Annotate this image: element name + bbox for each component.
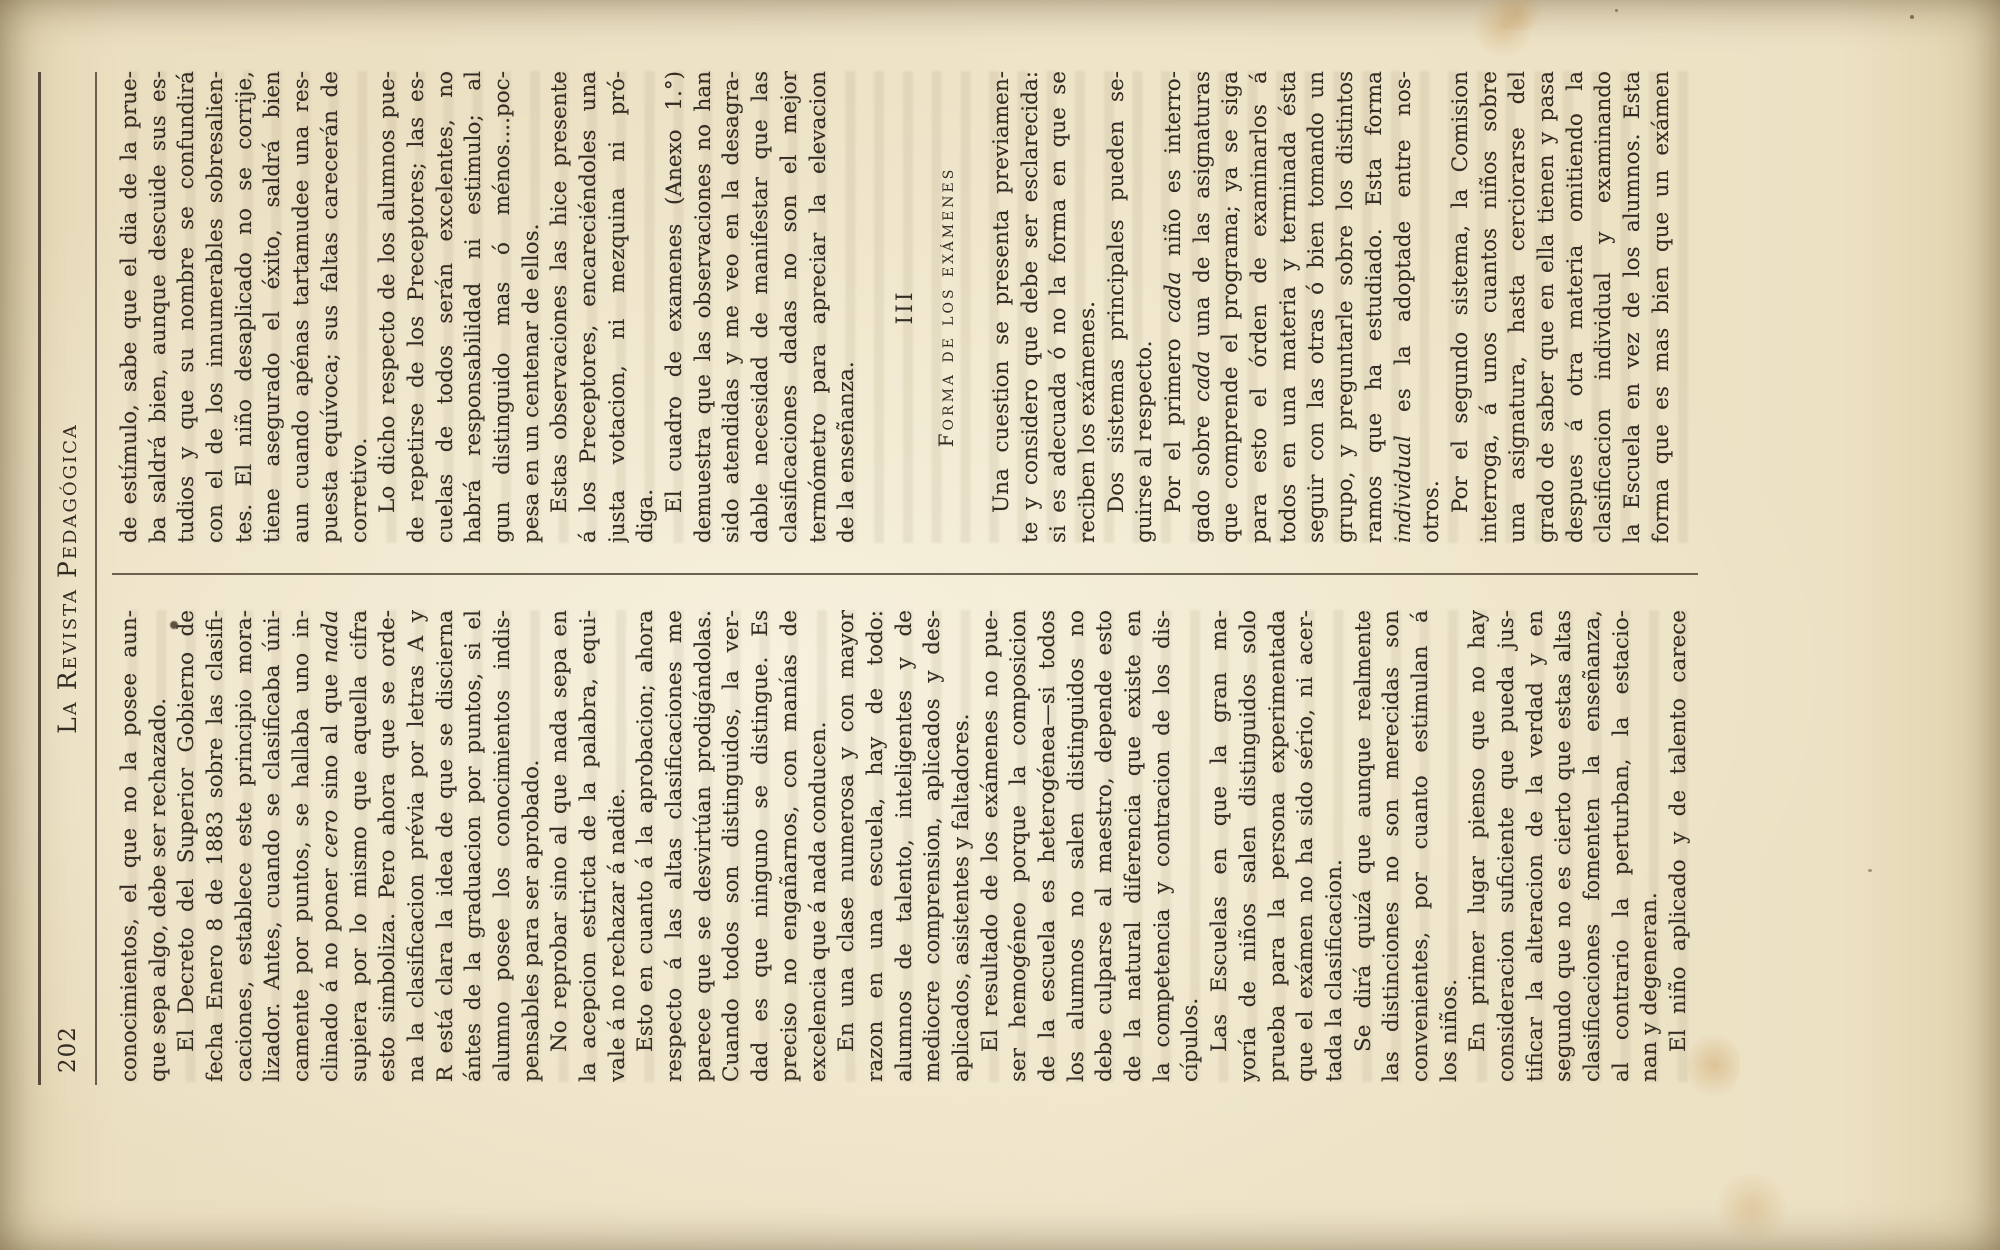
text-line: El Decreto del Superior Gobierno de [173, 610, 202, 1082]
column-divider-rule [112, 573, 1698, 575]
foxing-stain [1688, 1028, 1740, 1102]
text-line: tudios y que su nombre se confundirá [173, 71, 202, 543]
text-line: consideracion suficiente que pueda jus- [1493, 610, 1522, 1082]
text-line: esto simboliza. Pero ahora que se orde- [374, 610, 403, 1082]
text-line: á los Preceptores, encareciéndoles una [575, 71, 604, 543]
journal-title: La Revista Pedagógica [53, 423, 82, 734]
text-line: diga. [632, 71, 661, 543]
text-line: alumno posee los conocimientos indis- [489, 610, 518, 1082]
text-line: termómetro para apreciar la elevacion [805, 71, 834, 543]
text-line: tiene asegurado el éxito, saldrá bien [259, 71, 288, 543]
text-line: Por el primero cada niño es interro- [1160, 71, 1189, 543]
text-line: En una clase numerosa y con mayor [833, 610, 862, 1082]
left-column: conocimientos, el que no la posee aun-qu… [116, 610, 1694, 1082]
text-line: razon en una escuela, hay de todo: [862, 610, 891, 1082]
text-line: ba saldrá bien, aunque descuide sus es- [145, 71, 174, 543]
text-line: gun distinguido mas ó ménos....poc- [489, 71, 518, 543]
text-line: demuestra que las observaciones no han [690, 71, 719, 543]
foxing-stain [1712, 1174, 1792, 1242]
text-line: excelencia que á nada conducen. [805, 610, 834, 1082]
text-line: Por el segundo sistema, la Comision [1447, 71, 1476, 543]
text-line: parece que se desvirtúan prodigándolas. [690, 610, 719, 1082]
text-line: yoría de niños salen distinguidos solo [1235, 610, 1264, 1082]
text-line: guirse al respecto. [1131, 71, 1160, 543]
paper-speck [1868, 869, 1872, 872]
text-line: que comprende el programa; ya se siga [1217, 71, 1246, 543]
text-line: clinado á no poner cero sino al que nada [317, 610, 346, 1082]
text-line: Las Escuelas en que la gran ma- [1206, 610, 1235, 1082]
right-column: de estímulo, sabe que el dia de la prue-… [116, 71, 1676, 543]
text-line: cípulos. [1177, 610, 1206, 1082]
text-line: que sepa algo, debe ser rechazado. [145, 610, 174, 1082]
page-number: 202 [46, 1026, 90, 1073]
text-line: de la natural diferencia que existe en [1120, 610, 1149, 1082]
text-line: fecha Enero 8 de 1883 sobre las clasifi- [202, 610, 231, 1082]
foxing-stain [1472, 0, 1534, 58]
text-line: El resultado de los exámenes no pue- [977, 610, 1006, 1082]
text-line: las distinciones no son merecidas son [1378, 610, 1407, 1082]
text-line: forma que es mas bien que un exámen [1648, 71, 1677, 543]
text-line: tes. El niño desaplicado no se corrije, [231, 71, 260, 543]
text-line: todos en una materia y terminada ésta [1275, 71, 1304, 543]
text-line: dable necesidad de manifestar que las [747, 71, 776, 543]
text-line: reciben los exámenes. [1074, 71, 1103, 543]
text-line: los niños. [1436, 610, 1465, 1082]
text-line: si es adecuada ó no la forma en que se [1045, 71, 1074, 543]
text-line: te y considero que debe ser esclarecida: [1017, 71, 1046, 543]
text-line: corretivo. [346, 71, 375, 543]
text-line: sido atendidas y me veo en la desagra- [718, 71, 747, 543]
scanned-page-canvas: 202 La Revista Pedagógica conocimientos,… [0, 0, 2000, 1250]
text-line: segundo que no es cierto que estas altas [1550, 610, 1579, 1082]
text-line: Una cuestion se presenta previamen- [988, 71, 1017, 543]
text-line: pesa en un centenar de ellos. [518, 71, 547, 543]
text-line: la Escuela en vez de los alumnos. Esta [1619, 71, 1648, 543]
text-line: conocimientos, el que no la posee aun- [116, 610, 145, 1082]
text-line: aun cuando apénas tartamudee una res- [288, 71, 317, 543]
text-line: camente por puntos, se hallaba uno in- [288, 610, 317, 1082]
text-line: habrá responsabilidad ni estimulo; al [460, 71, 489, 543]
text-line: al contrario la perturban, la estacio- [1608, 610, 1637, 1082]
text-line: la acepcion estricta de la palabra, equi… [575, 610, 604, 1082]
right-column-upper-text: de estímulo, sabe que el dia de la prue-… [116, 71, 862, 543]
text-line: la competencia y contracion de los dis- [1149, 610, 1178, 1082]
text-line: de la escuela es heterogénea—si todos [1034, 610, 1063, 1082]
text-line: de estímulo, sabe que el dia de la prue- [116, 71, 145, 543]
section-title: Forma de los exámenes [932, 71, 960, 543]
text-line: No reprobar sino al que nada sepa en [546, 610, 575, 1082]
text-line: preciso no engañarnos, con manías de [776, 610, 805, 1082]
text-line: convenientes, por cuanto estimulan á [1407, 610, 1436, 1082]
text-line: supiera por lo mismo que aquella cifra [346, 610, 375, 1082]
text-line: R está clara la idea de que se discierna [432, 610, 461, 1082]
text-line: debe culparse al maestro, depende esto [1091, 610, 1120, 1082]
text-line: para esto el órden de examinarlos á [1246, 71, 1275, 543]
text-line: caciones, establece este principio mora- [231, 610, 260, 1082]
header-rule-top [38, 72, 41, 1085]
text-line: puesta equívoca; sus faltas carecerán de [317, 71, 346, 543]
text-line: gado sobre cada una de las asignaturas [1189, 71, 1218, 543]
text-line: En primer lugar pienso que no hay [1464, 610, 1493, 1082]
text-line: aplicados, asistentes y faltadores. [948, 610, 977, 1082]
paper-speck [1910, 15, 1914, 19]
text-line: clasificaciones fomenten la enseñanza, [1579, 610, 1608, 1082]
text-line: individual es la adoptade entre nos- [1390, 71, 1419, 543]
text-line: Se dirá quizá que aunque realmente [1350, 610, 1379, 1082]
text-line: de repetirse de los Preceptores; las es- [403, 71, 432, 543]
text-line: despues á otra materia omitiendo la [1562, 71, 1591, 543]
paper-speck [1615, 9, 1618, 12]
text-line: grupo, y preguntarle sobre los distintos [1332, 71, 1361, 543]
text-line: otros. [1418, 71, 1447, 543]
header-rule-bottom [95, 72, 97, 1085]
text-line: El cuadro de examenes (Anexo 1.°) [661, 71, 690, 543]
text-line: alumnos de talento, inteligentes y de [891, 610, 920, 1082]
text-line: clasificacion individual y examinando [1590, 71, 1619, 543]
text-line: pensables para ser aprobado. [518, 610, 547, 1082]
text-line: ramos que ha estudiado. Esta forma [1361, 71, 1390, 543]
text-line: que el exámen no ha sido sério, ni acer- [1292, 610, 1321, 1082]
text-line: justa votacion, ni mezquina ni pró- [604, 71, 633, 543]
text-line: ser hemogéneo porque la composicion [1005, 610, 1034, 1082]
text-line: seguir con las otras ó bien tomando un [1303, 71, 1332, 543]
text-line: lizador. Antes, cuando se clasificaba ún… [259, 610, 288, 1082]
text-line: Estas observaciones las hice presente [546, 71, 575, 543]
text-line: con el de los innumerables sobresalien- [202, 71, 231, 543]
text-line: de la enseñanza. [833, 71, 862, 543]
text-line: Lo dicho respecto de los alumnos pue- [374, 71, 403, 543]
text-line: Dos sistemas principales pueden se- [1103, 71, 1132, 543]
text-line: mediocre comprension, aplicados y des- [919, 610, 948, 1082]
section-numeral: III [892, 71, 920, 543]
text-line: una asignatura, hasta cerciorarse del [1504, 71, 1533, 543]
text-line: prueba para la persona experimentada [1264, 610, 1293, 1082]
text-line: respecto á las altas clasificaciones me [661, 610, 690, 1082]
text-line: Esto en cuanto á la aprobacion; ahora [632, 610, 661, 1082]
text-line: Cuando todos son distinguidos, la ver- [718, 610, 747, 1082]
text-line: ántes de la graduacion por puntos, si el [460, 610, 489, 1082]
right-column-lower-text: Una cuestion se presenta previamen-te y … [988, 71, 1677, 543]
text-line: clasificaciones dadas no son el mejor [776, 71, 805, 543]
text-line: tificar la alteracion de la verdad y en [1522, 610, 1551, 1082]
text-line: vale á no rechazar á nadie. [604, 610, 633, 1082]
text-line: cuelas de todos serán excelentes, no [432, 71, 461, 543]
running-head: 202 La Revista Pedagógica [46, 72, 90, 1085]
text-line: nan y degeneran. [1636, 610, 1665, 1082]
text-line: los alumnos no salen distinguidos no [1063, 610, 1092, 1082]
text-line: dad es que ninguno se distingue. Es [747, 610, 776, 1082]
text-line: tada la clasificacion. [1321, 610, 1350, 1082]
foxing-stain [1488, 0, 1548, 30]
text-line: na la clasificacion prévia por letras A … [403, 610, 432, 1082]
text-line: El niño aplicado y de talento carece [1665, 610, 1694, 1082]
page-sheet: 202 La Revista Pedagógica conocimientos,… [0, 0, 2000, 1250]
text-line: grado de saber que en ella tienen y pasa [1533, 71, 1562, 543]
text-line: interroga, á unos cuantos niños sobre [1476, 71, 1505, 543]
